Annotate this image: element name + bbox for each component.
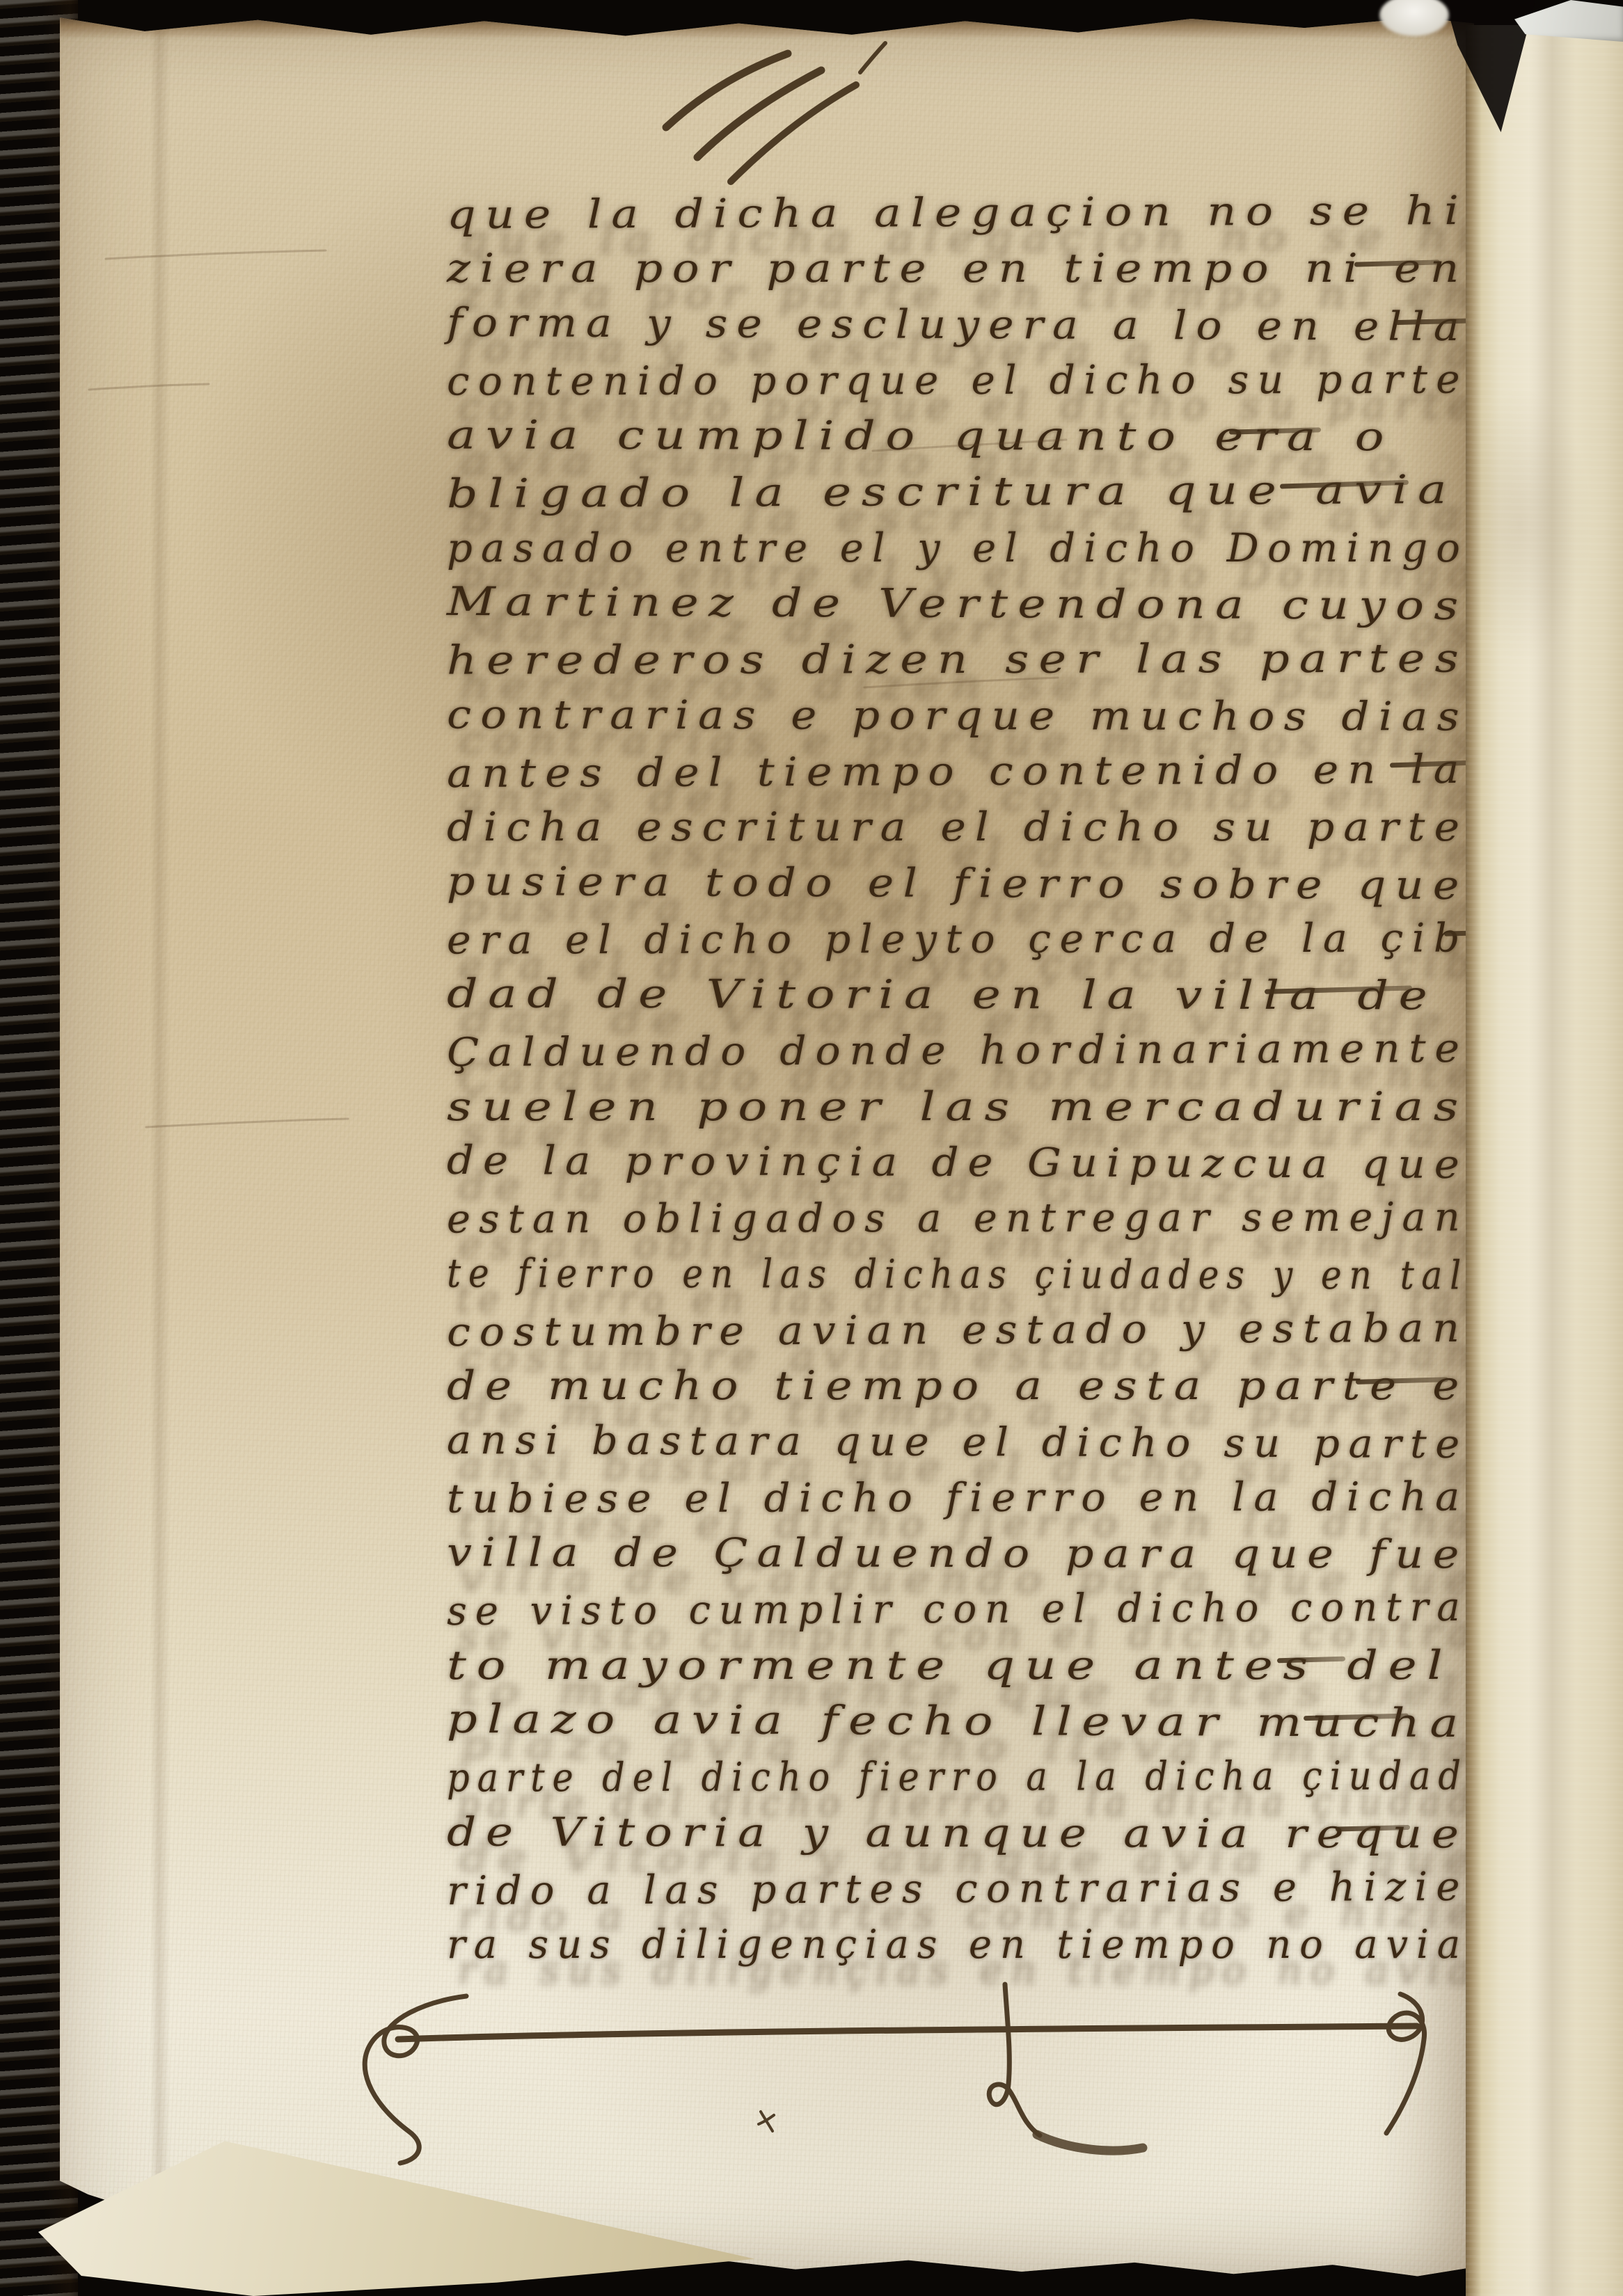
manuscript-line: pasado entre el y el dicho Domingopasado… bbox=[447, 520, 1477, 576]
manuscript-line-fit: parte del dicho fierro a la dicha çiudad… bbox=[447, 1748, 1468, 1806]
manuscript-line-fit: antes del tiempo contenido en laantes de… bbox=[447, 742, 1468, 802]
manuscript-line: forma y se escluyera a lo en ellaforma y… bbox=[447, 294, 1477, 354]
manuscript-line: ansi bastara que el dicho su parteansi b… bbox=[447, 1412, 1477, 1472]
manuscript-line-fit: Çalduendo donde hordinariamenteÇalduendo… bbox=[447, 1021, 1468, 1081]
manuscript-line-fit: se visto cumplir con el dicho contrase v… bbox=[447, 1579, 1468, 1639]
manuscript-line-fit: to mayormente que antes delto mayormente… bbox=[447, 1638, 1452, 1693]
manuscript-line-fit: herederos dizen ser las partesherederos … bbox=[447, 631, 1468, 689]
manuscript-line-text: pusiera todo el fierro sobre que bbox=[447, 858, 1468, 908]
manuscript-text-block: que la dicha alegaçion no se hique la di… bbox=[447, 185, 1477, 1973]
manuscript-line-text: contenido porque el dicho su parte bbox=[447, 356, 1468, 404]
manuscript-line-fit: te fierro en las dichas çiudades y en ta… bbox=[447, 1245, 1468, 1303]
manuscript-line: rido a las partes contrarias e hizierido… bbox=[447, 1859, 1477, 1919]
manuscript-line: te fierro en las dichas çiudades y en ta… bbox=[447, 1245, 1477, 1303]
manuscript-line: tubiese el dicho fierro en la dichatubie… bbox=[447, 1469, 1477, 1526]
manuscript-line-fit: ra sus diligençias en tiempo no aviara s… bbox=[447, 1917, 1468, 1972]
manuscript-line-text: ra sus diligençias en tiempo no avia bbox=[447, 1922, 1468, 1968]
manuscript-line: Çalduendo donde hordinariamenteÇalduendo… bbox=[447, 1021, 1477, 1081]
manuscript-line-fit: pusiera todo el fierro sobre quepusiera … bbox=[447, 853, 1468, 913]
manuscript-line-fit: de mucho tiempo a esta parte ede mucho t… bbox=[447, 1358, 1468, 1414]
manuscript-line-fit: estan obligados a entregar semejanestan … bbox=[447, 1190, 1468, 1247]
manuscript-line: que la dicha alegaçion no se hique la di… bbox=[447, 183, 1477, 243]
manuscript-line-fit: plazo avia fecho llevar muchaplazo avia … bbox=[447, 1691, 1468, 1751]
facing-page-edge bbox=[1466, 25, 1623, 2296]
manuscript-line-text: era el dicho pleyto çerca de la çib bbox=[447, 915, 1468, 963]
manuscript-line-text: tubiese el dicho fierro en la dicha bbox=[447, 1474, 1468, 1522]
manuscript-line: avia cumplido quanto era oavia cumplido … bbox=[447, 408, 1477, 465]
manuscript-line-text: rido a las partes contrarias e hizie bbox=[447, 1864, 1468, 1914]
manuscript-line-text: dad de Vitoria en la villa de bbox=[447, 971, 1438, 1019]
manuscript-line-fit: villa de Çalduendo para que fuevilla de … bbox=[447, 1525, 1468, 1583]
manuscript-line-text: parte del dicho fierro a la dicha çiudad bbox=[447, 1753, 1468, 1801]
manuscript-line: de la provinçia de Guipuzcua quede la pr… bbox=[447, 1133, 1477, 1193]
manuscript-line-text: to mayormente que antes del bbox=[447, 1643, 1452, 1689]
manuscript-line-text: Martinez de Vertendona cuyos bbox=[447, 579, 1468, 629]
manuscript-line: villa de Çalduendo para que fuevilla de … bbox=[447, 1525, 1477, 1583]
manuscript-line-text: suelen poner las mercadurias bbox=[447, 1084, 1468, 1130]
manuscript-line: se visto cumplir con el dicho contrase v… bbox=[447, 1579, 1477, 1639]
manuscript-line-fit: que la dicha alegaçion no se hique la di… bbox=[447, 183, 1468, 243]
manuscript-line-fit: costumbre avian estado y estabancostumbr… bbox=[447, 1300, 1468, 1360]
manuscript-line-fit: contrarias e porque muchos diascontraria… bbox=[447, 687, 1468, 744]
manuscript-page: que la dicha alegaçion no se hique la di… bbox=[60, 10, 1474, 2281]
manuscript-line-fit: bligado la escritura que aviabligado la … bbox=[447, 463, 1457, 523]
manuscript-line-text: plazo avia fecho llevar mucha bbox=[447, 1696, 1468, 1746]
manuscript-line-text: forma y se escluyera a lo en ella bbox=[447, 299, 1468, 349]
manuscript-line-fit: forma y se escluyera a lo en ellaforma y… bbox=[447, 294, 1468, 354]
manuscript-line-text: de la provinçia de Guipuzcua que bbox=[447, 1138, 1468, 1188]
manuscript-line-text: estan obligados a entregar semejan bbox=[447, 1195, 1468, 1243]
manuscript-line-fit: dad de Vitoria en la villa dedad de Vito… bbox=[447, 966, 1438, 1024]
manuscript-line-fit: ziera por parte en tiempo ni enziera por… bbox=[447, 241, 1468, 296]
manuscript-line-fit: ansi bastara que el dicho su parteansi b… bbox=[447, 1412, 1468, 1472]
manuscript-line: pusiera todo el fierro sobre quepusiera … bbox=[447, 853, 1477, 913]
manuscript-line-text: de mucho tiempo a esta parte e bbox=[447, 1363, 1468, 1409]
manuscript-line: de mucho tiempo a esta parte ede mucho t… bbox=[447, 1358, 1477, 1414]
manuscript-line-fit: suelen poner las mercaduriassuelen poner… bbox=[447, 1079, 1468, 1135]
manuscript-line-text: se visto cumplir con el dicho contra bbox=[447, 1584, 1468, 1634]
manuscript-line-fit: pasado entre el y el dicho Domingopasado… bbox=[447, 520, 1468, 576]
manuscript-line-text: dicha escritura el dicho su parte bbox=[447, 804, 1468, 850]
manuscript-line-text: de Vitoria y aunque avia reque bbox=[447, 1809, 1468, 1857]
manuscript-line-text: pasado entre el y el dicho Domingo bbox=[447, 525, 1468, 571]
manuscript-line: ziera por parte en tiempo ni enziera por… bbox=[447, 241, 1477, 296]
manuscript-line: contenido porque el dicho su parteconten… bbox=[447, 351, 1477, 409]
manuscript-line-fit: de Vitoria y aunque avia requede Vitoria… bbox=[447, 1804, 1468, 1862]
manuscript-line: to mayormente que antes delto mayormente… bbox=[447, 1638, 1477, 1693]
manuscript-line-fit: de la provinçia de Guipuzcua quede la pr… bbox=[447, 1133, 1468, 1193]
page-top-torn-edge bbox=[60, 10, 1474, 39]
manuscript-line-text: que la dicha alegaçion no se hi bbox=[447, 188, 1468, 238]
manuscript-line-text: contrarias e porque muchos dias bbox=[447, 692, 1468, 740]
manuscript-line: Martinez de Vertendona cuyosMartinez de … bbox=[447, 574, 1477, 634]
manuscript-line: ra sus diligençias en tiempo no aviara s… bbox=[447, 1917, 1477, 1972]
manuscript-line: de Vitoria y aunque avia requede Vitoria… bbox=[447, 1804, 1477, 1862]
manuscript-line-text: bligado la escritura que avia bbox=[447, 468, 1457, 518]
manuscript-line-text: villa de Çalduendo para que fue bbox=[447, 1530, 1468, 1578]
manuscript-line-fit: contenido porque el dicho su parteconten… bbox=[447, 351, 1468, 409]
manuscript-line: dicha escritura el dicho su partedicha e… bbox=[447, 799, 1477, 855]
manuscript-line-text: antes del tiempo contenido en la bbox=[447, 747, 1468, 797]
manuscript-line: dad de Vitoria en la villa dedad de Vito… bbox=[447, 966, 1477, 1024]
manuscript-line: era el dicho pleyto çerca de la çibera e… bbox=[447, 910, 1477, 968]
manuscript-line-text: ansi bastara que el dicho su parte bbox=[447, 1417, 1468, 1467]
manuscript-line-text: Çalduendo donde hordinariamente bbox=[447, 1026, 1468, 1076]
manuscript-line-fit: era el dicho pleyto çerca de la çibera e… bbox=[447, 910, 1468, 968]
manuscript-line: plazo avia fecho llevar muchaplazo avia … bbox=[447, 1691, 1477, 1751]
manuscript-line-fit: dicha escritura el dicho su partedicha e… bbox=[447, 799, 1468, 855]
manuscript-line-fit: tubiese el dicho fierro en la dichatubie… bbox=[447, 1469, 1468, 1526]
manuscript-line-text: ziera por parte en tiempo ni en bbox=[447, 246, 1468, 292]
manuscript-line-fit: rido a las partes contrarias e hizierido… bbox=[447, 1859, 1468, 1919]
manuscript-line: bligado la escritura que aviabligado la … bbox=[447, 462, 1477, 522]
manuscript-line-text: herederos dizen ser las partes bbox=[447, 636, 1468, 684]
photo-background: que la dicha alegaçion no se hique la di… bbox=[0, 0, 1623, 2296]
manuscript-line: antes del tiempo contenido en laantes de… bbox=[447, 742, 1477, 802]
manuscript-line-text: avia cumplido quanto era o bbox=[447, 413, 1394, 461]
manuscript-line-fit: avia cumplido quanto era oavia cumplido … bbox=[447, 408, 1394, 465]
manuscript-line: herederos dizen ser las partesherederos … bbox=[447, 631, 1477, 689]
manuscript-line: contrarias e porque muchos diascontraria… bbox=[447, 687, 1477, 744]
manuscript-line: estan obligados a entregar semejanestan … bbox=[447, 1190, 1477, 1247]
manuscript-line-text: te fierro en las dichas çiudades y en ta… bbox=[447, 1250, 1468, 1298]
manuscript-line: parte del dicho fierro a la dicha çiudad… bbox=[447, 1748, 1477, 1806]
manuscript-line-text: costumbre avian estado y estaban bbox=[447, 1305, 1468, 1355]
manuscript-line: suelen poner las mercaduriassuelen poner… bbox=[447, 1079, 1477, 1135]
manuscript-line-fit: Martinez de Vertendona cuyosMartinez de … bbox=[447, 574, 1468, 634]
manuscript-line: costumbre avian estado y estabancostumbr… bbox=[447, 1300, 1477, 1360]
